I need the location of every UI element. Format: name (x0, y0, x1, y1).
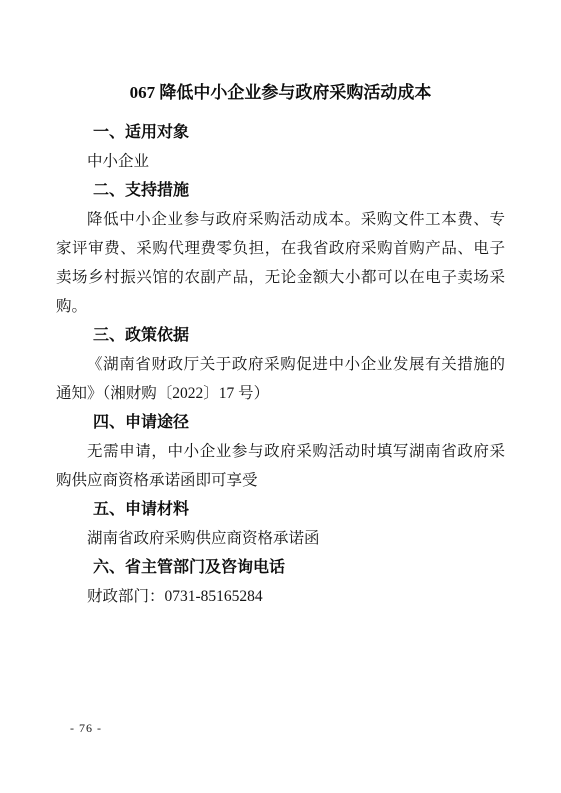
page-title: 067 降低中小企业参与政府采购活动成本 (56, 78, 505, 107)
section-heading-application-materials: 五、申请材料 (56, 495, 505, 524)
section-body-application-materials: 湖南省政府采购供应商资格承诺函 (56, 524, 505, 553)
section-body-department-phone: 财政部门：0731-85165284 (56, 582, 505, 611)
document-content: 067 降低中小企业参与政府采购活动成本 一、适用对象 中小企业 二、支持措施 … (56, 78, 505, 611)
document-page: 067 降低中小企业参与政府采购活动成本 一、适用对象 中小企业 二、支持措施 … (0, 0, 561, 793)
section-body-policy-basis: 《湖南省财政厅关于政府采购促进中小企业发展有关措施的通知》（湘财购〔2022〕1… (56, 350, 505, 408)
section-body-applicable-objects: 中小企业 (56, 147, 505, 176)
section-body-application-channel: 无需申请，中小企业参与政府采购活动时填写湖南省政府采购供应商资格承诺函即可享受 (56, 437, 505, 495)
section-heading-policy-basis: 三、政策依据 (56, 321, 505, 350)
section-heading-applicable-objects: 一、适用对象 (56, 118, 505, 147)
section-body-support-measures: 降低中小企业参与政府采购活动成本。采购文件工本费、专家评审费、采购代理费零负担，… (56, 205, 505, 321)
page-number: - 76 - (70, 721, 102, 735)
section-heading-support-measures: 二、支持措施 (56, 176, 505, 205)
section-heading-department-phone: 六、省主管部门及咨询电话 (56, 553, 505, 582)
section-heading-application-channel: 四、申请途径 (56, 408, 505, 437)
